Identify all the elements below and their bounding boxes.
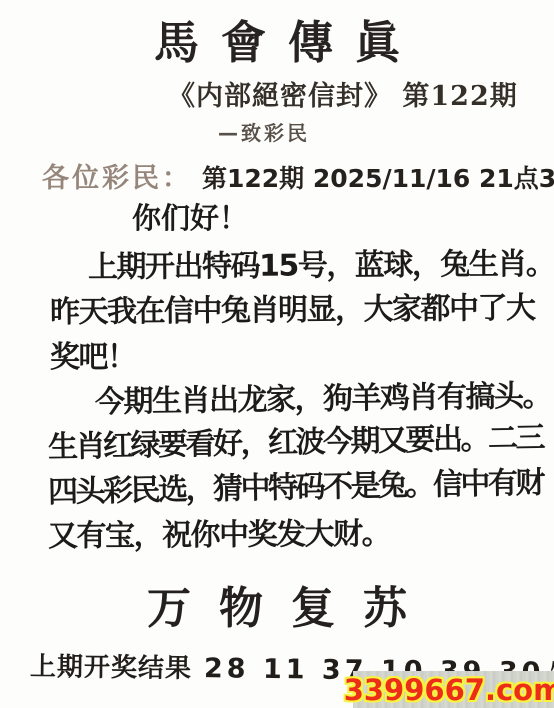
greeting-text: 你们好！ xyxy=(132,196,248,237)
document-subtitle: 《内部絕密信封》 第122期 xyxy=(168,74,518,113)
paragraph1-line1: 上期开出特码15号，蓝球，兔生肖。 xyxy=(88,239,554,286)
watermark-strip: 3399667.com xyxy=(353,671,554,708)
paragraph2-line4: 又有宝，祝你中奖发大财。 xyxy=(48,509,390,555)
last-draw-label: 上期开奖结果 xyxy=(30,646,192,685)
dedication-line: —致彩民 xyxy=(218,117,310,146)
watermark-url: 3399667.com xyxy=(344,673,554,707)
document-title: 馬會傳眞 xyxy=(0,6,554,71)
fax-document-page: 馬會傳眞 《内部絕密信封》 第122期 —致彩民 各位彩民： 第122期 202… xyxy=(0,0,554,708)
salutation-text: 各位彩民： xyxy=(42,156,192,195)
paragraph1-line3: 奖吧！ xyxy=(50,332,136,376)
slogan-text: 万物复苏 xyxy=(0,572,554,636)
paragraph2-line3: 四头彩民选，猜中特码不是兔。信中有财 xyxy=(48,458,544,511)
paragraph1-line2: 昨天我在信中兔肖明显，大家都中了大 xyxy=(50,283,535,331)
issue-date-text: 第122期 2025/11/16 21点30分 星期日 xyxy=(202,159,554,195)
issue-meta-line: 各位彩民： 第122期 2025/11/16 21点30分 星期日 xyxy=(42,156,554,195)
